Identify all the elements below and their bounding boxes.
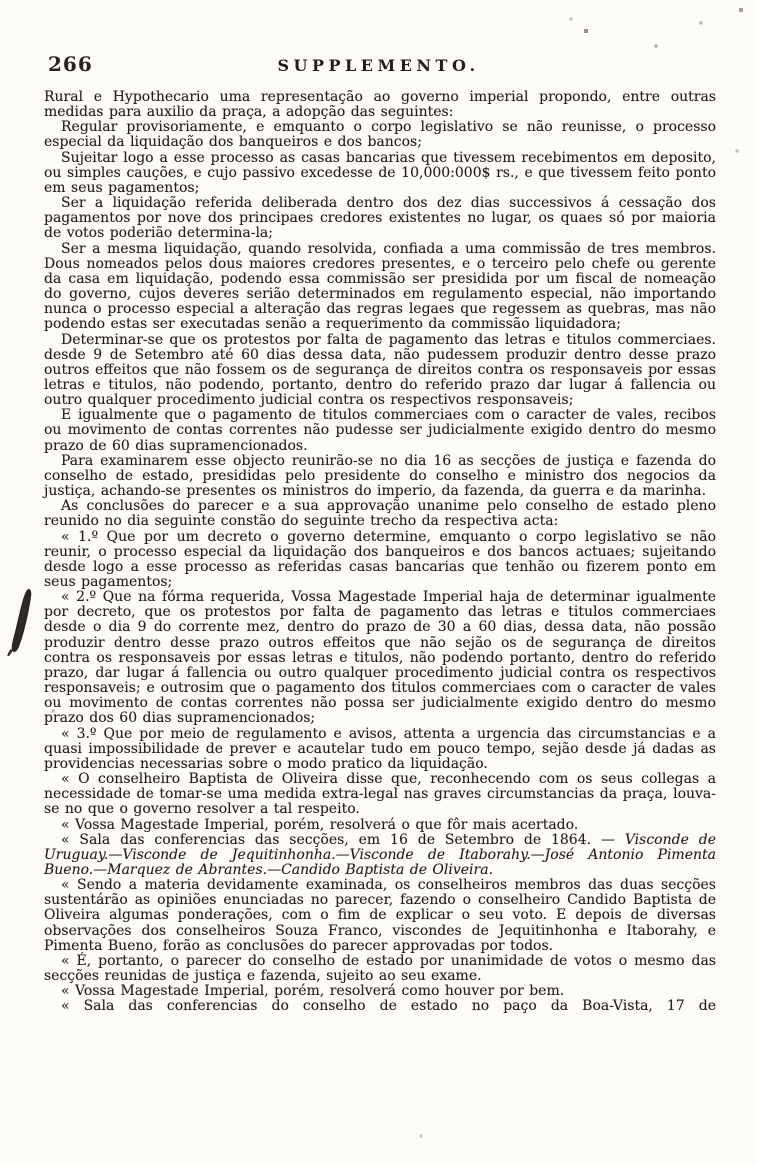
paragraph: « Sendo a materia devidamente examinada,… bbox=[44, 878, 716, 954]
paragraph: « Sala das conferencias do conselho de e… bbox=[44, 999, 716, 1014]
paragraph-text: Rural e Hypothecario uma representação a… bbox=[44, 89, 716, 120]
paragraph: Determinar-se que os protestos por falta… bbox=[44, 333, 716, 409]
paragraph: Ser a liquidação referida deliberada den… bbox=[44, 196, 716, 241]
paragraph-text: Ser a mesma liquidação, quando resolvida… bbox=[44, 241, 716, 333]
paragraph-text: « Sendo a materia devidamente examinada,… bbox=[44, 877, 716, 954]
paragraph-text: Para examinarem esse objecto reunirão-se… bbox=[44, 453, 716, 499]
paragraph: « Sala das conferencias das secções, em … bbox=[44, 833, 716, 878]
paragraph-text: Ser a liquidação referida deliberada den… bbox=[44, 195, 716, 241]
paragraph-text: Sujeitar logo a esse processo as casas b… bbox=[44, 150, 716, 196]
paragraph-text: « Sala das conferencias do conselho de e… bbox=[61, 998, 716, 1014]
paragraph: « É, portanto, o parecer do conselho de … bbox=[44, 954, 716, 984]
paragraph-text: « O conselheiro Baptista de Oliveira dis… bbox=[44, 771, 716, 817]
paragraph-text: « 3.º Que por meio de regulamento e avis… bbox=[44, 726, 716, 772]
paragraph: « 2.º Que na fórma requerida, Vossa Mage… bbox=[44, 590, 716, 726]
paragraph-text: « Vossa Magestade Imperial, porém, resol… bbox=[61, 983, 564, 999]
paragraph: Ser a mesma liquidação, quando resolvida… bbox=[44, 242, 716, 333]
paragraph: « 3.º Que por meio de regulamento e avis… bbox=[44, 727, 716, 772]
paragraph: E igualmente que o pagamento de titulos … bbox=[44, 408, 716, 453]
text-column: Rural e Hypothecario uma representação a… bbox=[44, 90, 716, 1015]
ink-blot bbox=[6, 586, 36, 664]
paragraph-text: As conclusões do parecer e a sua approva… bbox=[44, 498, 716, 529]
scanned-document-page: 266 SUPPLEMENTO. Rural e Hypothecario um… bbox=[0, 0, 757, 1164]
paragraph-text: « 1.º Que por um decreto o governo deter… bbox=[44, 529, 716, 590]
paragraph: Para examinarem esse objecto reunirão-se… bbox=[44, 454, 716, 499]
paragraph-text: Determinar-se que os protestos por falta… bbox=[44, 332, 716, 409]
paragraph: Rural e Hypothecario uma representação a… bbox=[44, 90, 716, 120]
page-header-title: SUPPLEMENTO. bbox=[0, 56, 757, 75]
paragraph-text: « 2.º Que na fórma requerida, Vossa Mage… bbox=[44, 589, 716, 726]
paragraph-text: Regular provisoriamente, e emquanto o co… bbox=[44, 119, 716, 150]
paragraph: « Vossa Magestade Imperial, porém, resol… bbox=[44, 818, 716, 833]
paragraph: Sujeitar logo a esse processo as casas b… bbox=[44, 151, 716, 196]
paragraph: Regular provisoriamente, e emquanto o co… bbox=[44, 120, 716, 150]
paragraph-text: E igualmente que o pagamento de titulos … bbox=[44, 407, 716, 453]
paragraph-text: « Vossa Magestade Imperial, porém, resol… bbox=[61, 817, 578, 833]
paragraph-text: « Sala das conferencias das secções, em … bbox=[61, 832, 625, 848]
paragraph-text: « É, portanto, o parecer do conselho de … bbox=[44, 953, 716, 984]
paragraph: « 1.º Que por um decreto o governo deter… bbox=[44, 530, 716, 591]
paragraph: As conclusões do parecer e a sua approva… bbox=[44, 499, 716, 529]
paragraph: « Vossa Magestade Imperial, porém, resol… bbox=[44, 984, 716, 999]
scan-speckles bbox=[0, 0, 2, 2]
paragraph: « O conselheiro Baptista de Oliveira dis… bbox=[44, 772, 716, 817]
